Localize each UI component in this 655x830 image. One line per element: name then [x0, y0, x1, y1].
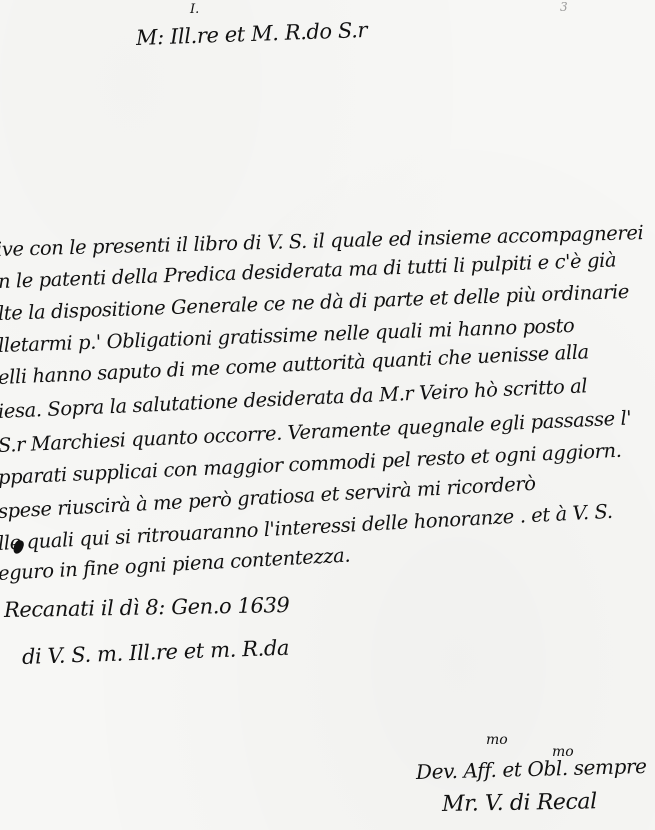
folio-number: 3: [560, 0, 568, 14]
date-line: Recanati il dì 8: Gen.o 1639: [4, 593, 290, 622]
signature-line-2: Mr. V. di Recal: [442, 789, 597, 817]
signature-line-1: Dev. Aff. et Obl. sempre: [416, 754, 647, 784]
salutation-superscript: I.: [190, 2, 199, 17]
manuscript-page: 3 I. M: Ill.re et M. R.do S.r ive con le…: [0, 0, 655, 830]
signature-superscript-left: mo: [486, 732, 508, 748]
salutation: M: Ill.re et M. R.do S.r: [136, 18, 368, 50]
closing-line: di V. S. m. Ill.re et m. R.da: [22, 636, 290, 669]
